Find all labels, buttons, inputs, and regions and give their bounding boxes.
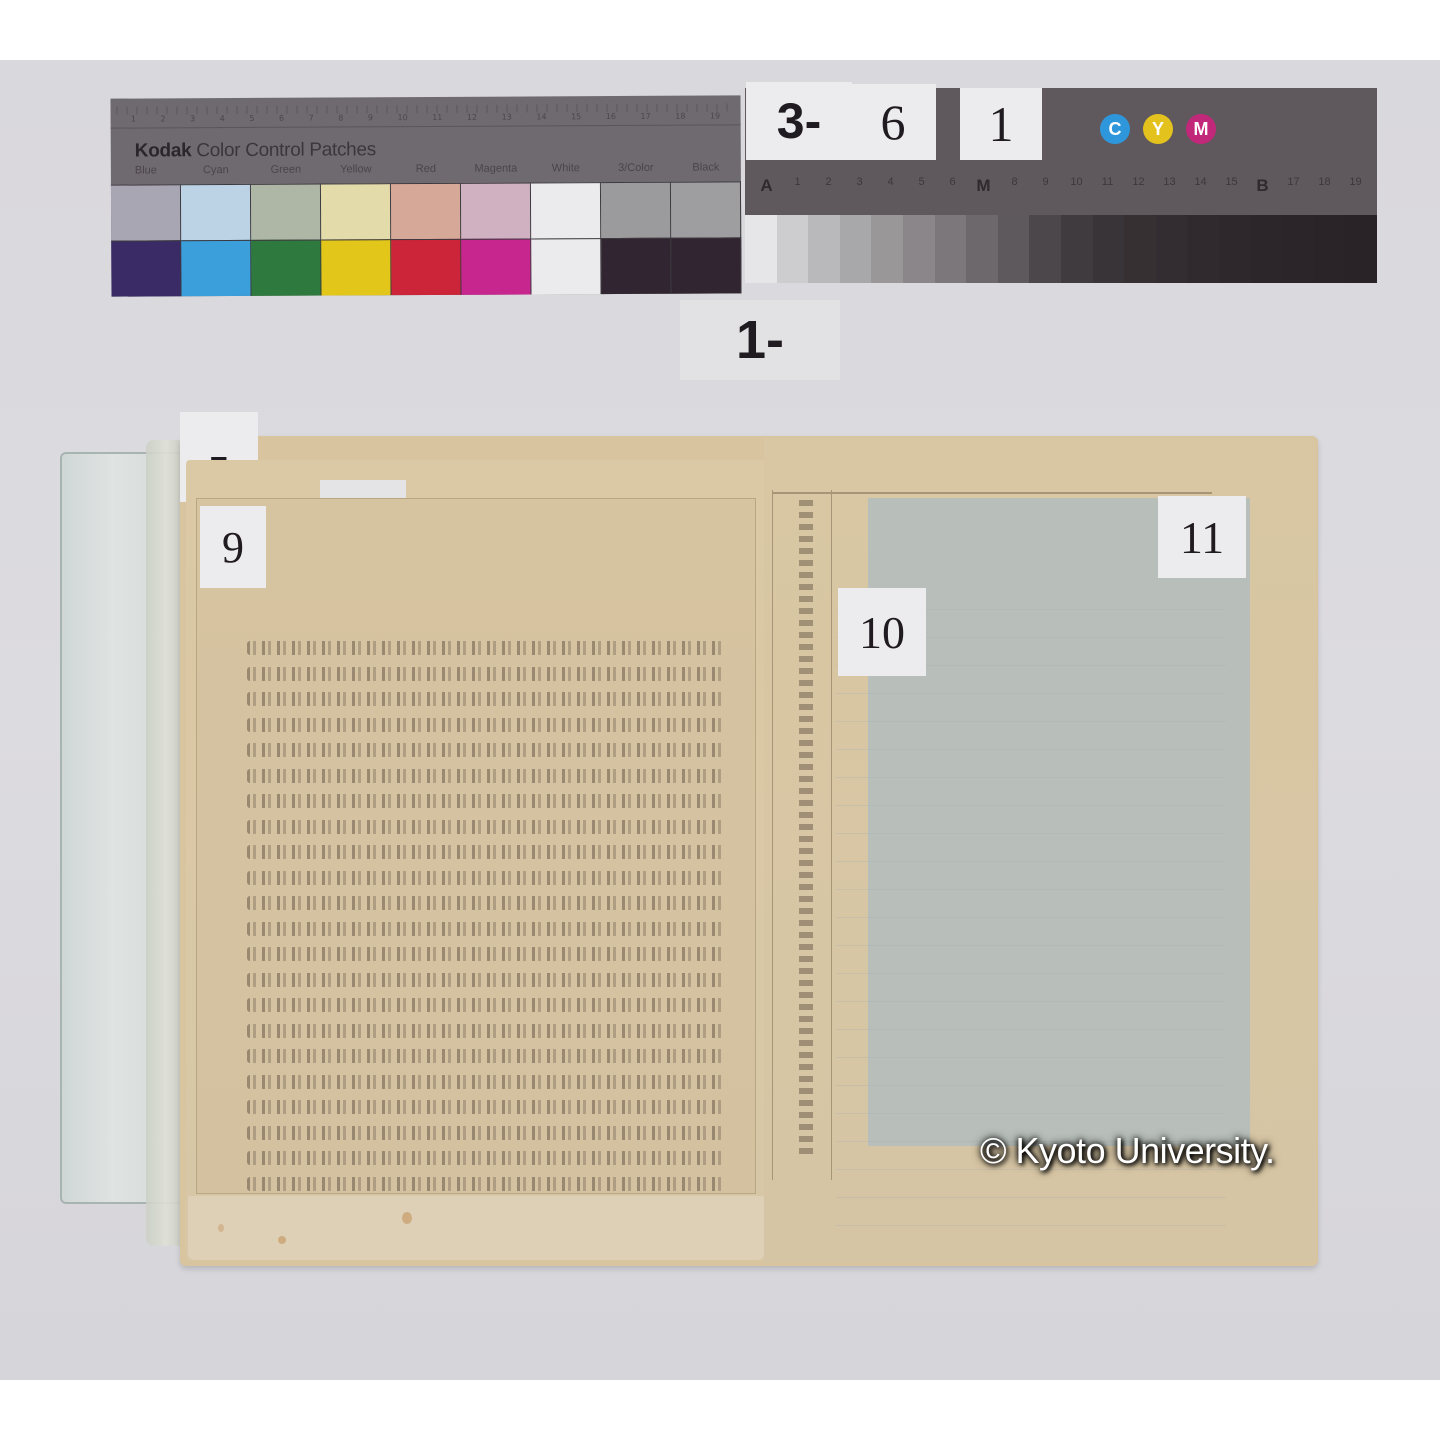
ruler-tick: 12 <box>467 113 477 122</box>
kodak-title: Kodak Color Control Patches <box>135 139 376 162</box>
gray-step-label: 5 <box>906 176 937 196</box>
handwriting-line <box>247 922 725 936</box>
patch-label: Red <box>391 163 461 175</box>
color-patch <box>461 182 531 238</box>
gray-step-label: 18 <box>1309 176 1340 196</box>
color-patch <box>391 183 461 239</box>
handwriting-line <box>247 1177 725 1191</box>
ruler-tick: 1 <box>131 115 136 124</box>
color-patch <box>601 182 671 238</box>
gray-step <box>1251 215 1283 283</box>
handwriting-line <box>247 820 725 834</box>
gray-step <box>1219 215 1251 283</box>
gray-step-label: 1 <box>782 176 813 196</box>
ruler-tick: 11 <box>432 113 442 122</box>
color-patch <box>671 237 741 293</box>
handwriting-line <box>247 947 725 961</box>
color-patch <box>111 240 181 296</box>
color-patch <box>181 184 251 240</box>
color-patch <box>461 238 531 294</box>
color-patch <box>321 183 391 239</box>
ruler-tick: 9 <box>368 113 373 122</box>
handwriting-line <box>247 896 725 910</box>
handwriting-line <box>247 845 725 859</box>
ruler-tick: 13 <box>502 113 512 122</box>
patch-label: Black <box>671 161 741 173</box>
gray-step-label: 13 <box>1154 176 1185 196</box>
patch-label: Yellow <box>321 163 391 175</box>
part-label: 1- <box>736 309 784 371</box>
patch-label: Green <box>251 164 321 176</box>
handwriting-line <box>247 998 725 1012</box>
cym-dot-y: Y <box>1143 114 1173 144</box>
gray-step <box>966 215 998 283</box>
tab-9-card: 9 <box>200 506 266 588</box>
ruler-tick: 4 <box>220 114 225 123</box>
handwriting-line <box>247 1075 725 1089</box>
color-patch <box>531 238 601 294</box>
kodak-patches <box>111 181 742 296</box>
kodak-patch-labels: BlueCyanGreenYellowRedMagentaWhite3/Colo… <box>111 161 741 176</box>
ruler-tick: 10 <box>397 113 407 122</box>
color-patch <box>251 240 321 296</box>
handwriting-line <box>247 718 725 732</box>
handwriting-line <box>247 794 725 808</box>
tab-10-label: 10 <box>859 606 905 659</box>
volume-sub-label-card: 6 <box>850 84 936 160</box>
kodak-color-control-strip: 12345678910111213141516171819 Kodak Colo… <box>110 95 741 296</box>
gray-step-label: 14 <box>1185 176 1216 196</box>
gray-step <box>777 215 809 283</box>
gray-step-label: 10 <box>1061 176 1092 196</box>
gray-step-label: 17 <box>1278 176 1309 196</box>
page-top-rule <box>772 492 1212 494</box>
gray-step <box>1187 215 1219 283</box>
tab-11-card: 11 <box>1158 496 1246 578</box>
kodak-title-text: Color Control Patches <box>196 139 376 161</box>
gray-step <box>998 215 1030 283</box>
gray-step-label: A <box>751 176 782 196</box>
gray-step <box>1345 215 1377 283</box>
tab-10-card: 10 <box>838 588 926 676</box>
patch-label: 3/Color <box>601 162 671 174</box>
gray-step-label: 19 <box>1340 176 1371 196</box>
gray-step-label: B <box>1247 176 1278 196</box>
ruler-tick: 17 <box>640 112 650 121</box>
ruler-tick: 2 <box>160 114 165 123</box>
archival-photo: 12345678910111213141516171819 Kodak Colo… <box>0 60 1440 1380</box>
ruler-tick: 18 <box>675 112 685 121</box>
handwriting-line <box>247 769 725 783</box>
ruler-tick: 16 <box>606 112 616 121</box>
ruler-tick: 5 <box>249 114 254 123</box>
handwriting-line <box>247 1049 725 1063</box>
color-patch <box>671 181 741 237</box>
patch-label: White <box>531 162 601 174</box>
patch-label: Magenta <box>461 162 531 174</box>
copyright-watermark: © Kyoto University. <box>980 1130 1274 1172</box>
gray-step-label: M <box>968 176 999 196</box>
gray-step <box>935 215 967 283</box>
cym-dots: CYM <box>1100 114 1216 144</box>
ruler-tick: 7 <box>309 114 314 123</box>
color-patch <box>531 182 601 238</box>
handwriting-line <box>247 1100 725 1114</box>
gray-step <box>1029 215 1061 283</box>
handwriting-line <box>247 1126 725 1140</box>
patch-label: Blue <box>111 164 181 176</box>
gray-step-label: 4 <box>875 176 906 196</box>
left-page-handwritten <box>196 498 756 1194</box>
gray-scale-steps <box>745 215 1377 283</box>
kodak-ruler: 12345678910111213141516171819 <box>110 95 740 128</box>
cym-dot-c: C <box>1100 114 1130 144</box>
color-patch <box>391 239 461 295</box>
handwriting-line <box>247 1151 725 1165</box>
handwriting-line <box>247 973 725 987</box>
tab-11-label: 11 <box>1180 511 1224 564</box>
gray-step-label: 15 <box>1216 176 1247 196</box>
handwriting-line <box>247 871 725 885</box>
item-label-card: 1 <box>960 88 1042 160</box>
kodak-brand: Kodak <box>135 140 192 161</box>
cym-dot-m: M <box>1186 114 1216 144</box>
tab-9-label: 9 <box>222 522 244 573</box>
gray-scale-labels: A123456M89101112131415B171819 <box>745 176 1377 196</box>
vertical-text-column <box>772 490 832 1180</box>
gray-step <box>1314 215 1346 283</box>
handwriting-line <box>247 743 725 757</box>
color-patch <box>321 239 391 295</box>
handwriting-line <box>247 1024 725 1038</box>
handwriting-line <box>247 692 725 706</box>
gray-step <box>1061 215 1093 283</box>
ruler-tick: 14 <box>536 112 546 121</box>
item-label: 1 <box>989 95 1014 153</box>
part-label-card: 1- <box>680 300 840 380</box>
volume-label: 3- <box>777 92 821 150</box>
gray-step-label: 6 <box>937 176 968 196</box>
gray-step <box>1093 215 1125 283</box>
gray-step-label: 11 <box>1092 176 1123 196</box>
gray-step <box>1282 215 1314 283</box>
gray-step-label: 9 <box>1030 176 1061 196</box>
gray-step-label: 8 <box>999 176 1030 196</box>
volume-sub-label: 6 <box>881 93 906 151</box>
ruler-tick: 19 <box>710 111 720 120</box>
gray-step-label: 12 <box>1123 176 1154 196</box>
gray-step <box>871 215 903 283</box>
color-patch <box>601 238 671 294</box>
color-patch <box>181 240 251 296</box>
handwriting-line <box>247 641 725 655</box>
gray-step <box>745 215 777 283</box>
gray-step-label: 3 <box>844 176 875 196</box>
gray-step <box>840 215 872 283</box>
left-page-bottom-edge <box>188 1196 764 1260</box>
patch-label: Cyan <box>181 164 251 176</box>
gray-step <box>1124 215 1156 283</box>
gray-step-label: 2 <box>813 176 844 196</box>
volume-label-card: 3- <box>746 82 852 160</box>
ruler-tick: 15 <box>571 112 581 121</box>
ruler-tick: 6 <box>279 114 284 123</box>
color-patch <box>111 184 181 240</box>
gray-step <box>903 215 935 283</box>
gray-step <box>808 215 840 283</box>
handwriting-line <box>247 667 725 681</box>
gray-step <box>1156 215 1188 283</box>
ruler-tick: 8 <box>338 113 343 122</box>
ruler-tick: 3 <box>190 114 195 123</box>
color-patch <box>251 184 321 240</box>
